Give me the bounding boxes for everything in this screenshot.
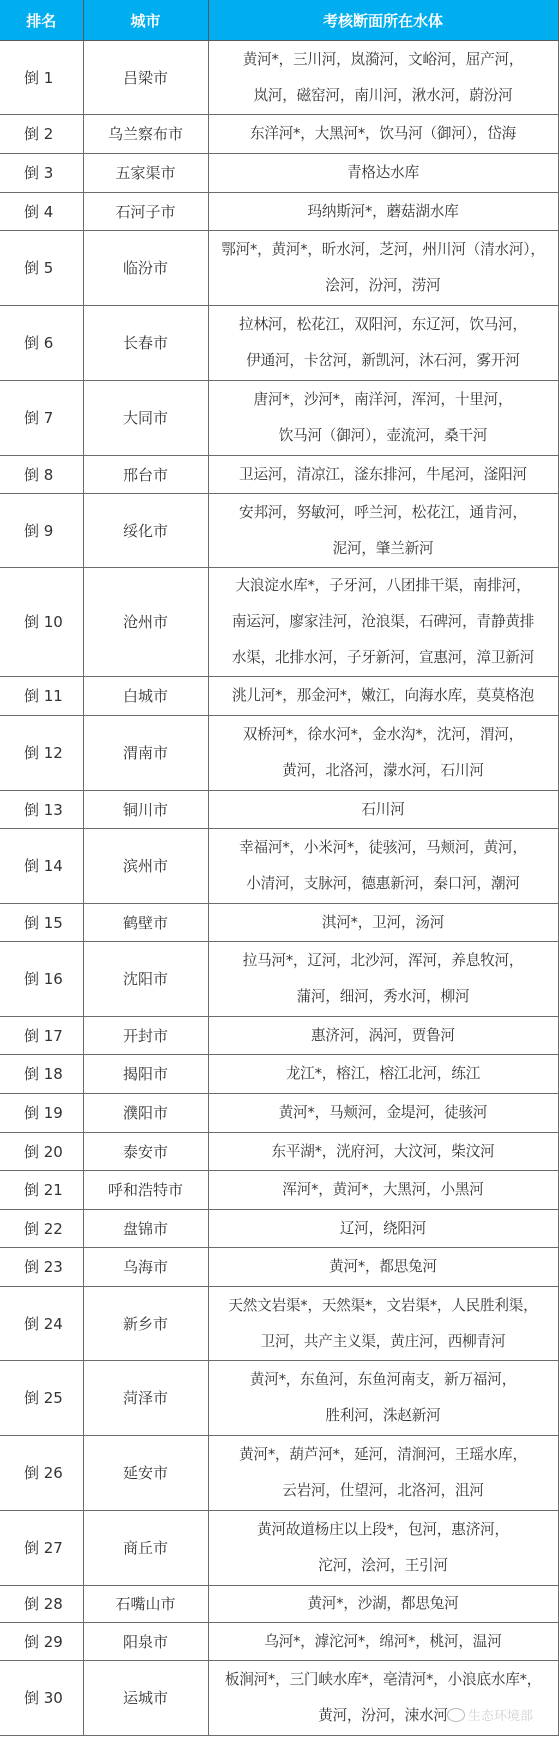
water-body-line: 辽河，绕阳河 xyxy=(212,1211,555,1247)
water-body-line: 惠济河，涡河，贾鲁河 xyxy=(212,1018,555,1054)
water-body-cell: 玛纳斯河*，蘑菇湖水库 xyxy=(208,193,558,231)
table-row: 倒 19濮阳市黄河*，马颊河，金堤河，徒骇河 xyxy=(0,1094,558,1133)
rank-cell: 倒 16 xyxy=(0,942,83,1017)
water-body-cell: 青格达水库 xyxy=(208,154,558,193)
water-body-cell: 东洋河*，大黑河*，饮马河（御河），岱海 xyxy=(208,115,558,154)
table-row: 倒 5临汾市鄂河*，黄河*，昕水河，芝河，州川河（清水河），浍河，汾河，涝河 xyxy=(0,231,558,306)
water-body-line: 卫运河，清凉江，滏东排河，牛尾河，滏阳河 xyxy=(212,457,555,493)
watermark: 生态环境部 xyxy=(447,1705,533,1724)
water-body-cell: 黄河*，东鱼河，东鱼河南支，新万福河，胜利河，洙赵新河 xyxy=(208,1361,558,1436)
water-body-cell: 大浪淀水库*，子牙河，八团排干渠，南排河，南运河，廖家洼河，沧浪渠，石碑河，青静… xyxy=(208,568,558,677)
table-row: 倒 15鹤壁市淇河*，卫河，汤河 xyxy=(0,904,558,942)
city-cell: 鹤壁市 xyxy=(83,904,208,942)
water-body-line: 水渠，北排水河，子牙新河，宣惠河，漳卫新河 xyxy=(212,640,555,676)
water-body-cell: 惠济河，涡河，贾鲁河 xyxy=(208,1017,558,1055)
water-body-line: 洮儿河*，那金河*，嫩江，向海水库，莫莫格泡 xyxy=(212,678,555,714)
table-row: 倒 7大同市唐河*，沙河*，南洋河，浑河，十里河，饮马河（御河），壶流河，桑干河 xyxy=(0,381,558,456)
table-row: 倒 9绥化市安邦河，努敏河，呼兰河，松花江，通肯河，泥河，肇兰新河 xyxy=(0,494,558,568)
water-body-line: 岚河，磁窑河，南川河，湫水河，蔚汾河 xyxy=(212,78,555,114)
water-body-line: 黄河*，沙湖，都思兔河 xyxy=(212,1586,555,1622)
water-body-cell: 东平湖*，洸府河，大汶河，柴汶河 xyxy=(208,1133,558,1171)
rank-cell: 倒 6 xyxy=(0,306,83,381)
table-row: 倒 26延安市黄河*，葫芦河*，延河，清涧河，王瑶水库，云岩河，仕望河，北洛河，… xyxy=(0,1436,558,1511)
table-row: 倒 28石嘴山市黄河*，沙湖，都思兔河 xyxy=(0,1586,558,1623)
rank-cell: 倒 25 xyxy=(0,1361,83,1436)
rank-cell: 倒 30 xyxy=(0,1661,83,1736)
table-row: 倒 16沈阳市拉马河*，辽河，北沙河，浑河，养息牧河，蒲河，细河，秀水河，柳河 xyxy=(0,942,558,1017)
water-body-cell: 天然文岩渠*，天然渠*，文岩渠*，人民胜利渠，卫河，共产主义渠，黄庄河，西柳青河 xyxy=(208,1287,558,1361)
table-row: 倒 18揭阳市龙江*，榕江，榕江北河，练江 xyxy=(0,1055,558,1094)
water-body-line: 卫河，共产主义渠，黄庄河，西柳青河 xyxy=(212,1324,555,1360)
water-body-cell: 淇河*，卫河，汤河 xyxy=(208,904,558,942)
table-row: 倒 24新乡市天然文岩渠*，天然渠*，文岩渠*，人民胜利渠，卫河，共产主义渠，黄… xyxy=(0,1287,558,1361)
header-rank: 排名 xyxy=(0,0,83,41)
rank-cell: 倒 3 xyxy=(0,154,83,193)
city-cell: 绥化市 xyxy=(83,494,208,568)
rank-cell: 倒 9 xyxy=(0,494,83,568)
water-body-cell: 龙江*，榕江，榕江北河，练江 xyxy=(208,1055,558,1094)
rank-cell: 倒 11 xyxy=(0,677,83,716)
city-cell: 濮阳市 xyxy=(83,1094,208,1133)
water-body-cell: 黄河故道杨庄以上段*，包河，惠济河，沱河，浍河，王引河 xyxy=(208,1511,558,1586)
water-body-cell: 板涧河*，三门峡水库*，亳清河*，小浪底水库*，黄河，汾河，涑水河 xyxy=(208,1661,558,1736)
table-body: 倒 1吕梁市黄河*，三川河，岚漪河，文峪河，屈产河，岚河，磁窑河，南川河，湫水河… xyxy=(0,41,558,1736)
water-body-line: 鄂河*，黄河*，昕水河，芝河，州川河（清水河）， xyxy=(212,232,555,268)
water-body-cell: 卫运河，清凉江，滏东排河，牛尾河，滏阳河 xyxy=(208,456,558,494)
water-body-line: 幸福河*，小米河*，徒骇河，马颊河，黄河， xyxy=(212,830,555,866)
table-row: 倒 1吕梁市黄河*，三川河，岚漪河，文峪河，屈产河，岚河，磁窑河，南川河，湫水河… xyxy=(0,41,558,115)
weibo-icon xyxy=(447,1708,465,1722)
watermark-text: 生态环境部 xyxy=(468,1705,533,1724)
city-cell: 石嘴山市 xyxy=(83,1586,208,1623)
water-body-line: 石川河 xyxy=(212,792,555,828)
water-body-line: 黄河故道杨庄以上段*，包河，惠济河， xyxy=(212,1512,555,1548)
city-cell: 白城市 xyxy=(83,677,208,716)
table-row: 倒 20泰安市东平湖*，洸府河，大汶河，柴汶河 xyxy=(0,1133,558,1171)
table-row: 倒 30运城市板涧河*，三门峡水库*，亳清河*，小浪底水库*，黄河，汾河，涑水河 xyxy=(0,1661,558,1736)
rank-cell: 倒 8 xyxy=(0,456,83,494)
water-body-line: 拉林河，松花江，双阳河，东辽河，饮马河， xyxy=(212,307,555,343)
city-cell: 渭南市 xyxy=(83,716,208,791)
city-cell: 沈阳市 xyxy=(83,942,208,1017)
water-body-line: 龙江*，榕江，榕江北河，练江 xyxy=(212,1056,555,1092)
water-body-line: 玛纳斯河*，蘑菇湖水库 xyxy=(212,194,555,230)
table-row: 倒 10沧州市大浪淀水库*，子牙河，八团排干渠，南排河，南运河，廖家洼河，沧浪渠… xyxy=(0,568,558,677)
water-body-line: 黄河，北洛河，濛水河，石川河 xyxy=(212,753,555,789)
table-row: 倒 2乌兰察布市东洋河*，大黑河*，饮马河（御河），岱海 xyxy=(0,115,558,154)
water-body-cell: 鄂河*，黄河*，昕水河，芝河，州川河（清水河），浍河，汾河，涝河 xyxy=(208,231,558,306)
table-row: 倒 27商丘市黄河故道杨庄以上段*，包河，惠济河，沱河，浍河，王引河 xyxy=(0,1511,558,1586)
water-body-cell: 洮儿河*，那金河*，嫩江，向海水库，莫莫格泡 xyxy=(208,677,558,716)
rank-cell: 倒 18 xyxy=(0,1055,83,1094)
water-body-line: 胜利河，洙赵新河 xyxy=(212,1398,555,1434)
water-body-line: 黄河*，三川河，岚漪河，文峪河，屈产河， xyxy=(212,42,555,78)
table-row: 倒 3五家渠市青格达水库 xyxy=(0,154,558,193)
water-body-line: 浑河*，黄河*，大黑河，小黑河 xyxy=(212,1172,555,1208)
water-body-line: 黄河*，马颊河，金堤河，徒骇河 xyxy=(212,1095,555,1131)
city-cell: 泰安市 xyxy=(83,1133,208,1171)
water-body-line: 小清河，支脉河，德惠新河，秦口河，潮河 xyxy=(212,866,555,902)
rank-cell: 倒 14 xyxy=(0,829,83,904)
table-row: 倒 14滨州市幸福河*，小米河*，徒骇河，马颊河，黄河，小清河，支脉河，德惠新河… xyxy=(0,829,558,904)
water-body-line: 东洋河*，大黑河*，饮马河（御河），岱海 xyxy=(212,116,555,152)
city-cell: 五家渠市 xyxy=(83,154,208,193)
city-cell: 开封市 xyxy=(83,1017,208,1055)
table-row: 倒 8邢台市卫运河，清凉江，滏东排河，牛尾河，滏阳河 xyxy=(0,456,558,494)
rank-cell: 倒 7 xyxy=(0,381,83,456)
rank-cell: 倒 1 xyxy=(0,41,83,115)
ranking-table: 排名 城市 考核断面所在水体 倒 1吕梁市黄河*，三川河，岚漪河，文峪河，屈产河… xyxy=(0,0,559,1736)
city-cell: 乌海市 xyxy=(83,1248,208,1287)
water-body-cell: 幸福河*，小米河*，徒骇河，马颊河，黄河，小清河，支脉河，德惠新河，秦口河，潮河 xyxy=(208,829,558,904)
water-body-line: 沱河，浍河，王引河 xyxy=(212,1548,555,1584)
rank-cell: 倒 20 xyxy=(0,1133,83,1171)
rank-cell: 倒 13 xyxy=(0,791,83,829)
water-body-line: 泥河，肇兰新河 xyxy=(212,531,555,567)
city-cell: 吕梁市 xyxy=(83,41,208,115)
water-body-cell: 黄河*，三川河，岚漪河，文峪河，屈产河，岚河，磁窑河，南川河，湫水河，蔚汾河 xyxy=(208,41,558,115)
city-cell: 沧州市 xyxy=(83,568,208,677)
water-body-line: 云岩河，仕望河，北洛河，沮河 xyxy=(212,1473,555,1509)
table-row: 倒 12渭南市双桥河*，徐水河*，金水沟*，沈河，渭河，黄河，北洛河，濛水河，石… xyxy=(0,716,558,791)
city-cell: 商丘市 xyxy=(83,1511,208,1586)
water-body-cell: 黄河*，都思兔河 xyxy=(208,1248,558,1287)
header-city: 城市 xyxy=(83,0,208,41)
table-row: 倒 4石河子市玛纳斯河*，蘑菇湖水库 xyxy=(0,193,558,231)
city-cell: 长春市 xyxy=(83,306,208,381)
rank-cell: 倒 23 xyxy=(0,1248,83,1287)
city-cell: 延安市 xyxy=(83,1436,208,1511)
city-cell: 菏泽市 xyxy=(83,1361,208,1436)
rank-cell: 倒 5 xyxy=(0,231,83,306)
water-body-line: 青格达水库 xyxy=(212,155,555,191)
rank-cell: 倒 2 xyxy=(0,115,83,154)
water-body-cell: 拉马河*，辽河，北沙河，浑河，养息牧河，蒲河，细河，秀水河，柳河 xyxy=(208,942,558,1017)
city-cell: 邢台市 xyxy=(83,456,208,494)
water-body-cell: 黄河*，葫芦河*，延河，清涧河，王瑶水库，云岩河，仕望河，北洛河，沮河 xyxy=(208,1436,558,1511)
water-body-line: 黄河*，都思兔河 xyxy=(212,1249,555,1285)
rank-cell: 倒 26 xyxy=(0,1436,83,1511)
table-row: 倒 11白城市洮儿河*，那金河*，嫩江，向海水库，莫莫格泡 xyxy=(0,677,558,716)
table-header-row: 排名 城市 考核断面所在水体 xyxy=(0,0,558,41)
city-cell: 滨州市 xyxy=(83,829,208,904)
rank-cell: 倒 27 xyxy=(0,1511,83,1586)
rank-cell: 倒 22 xyxy=(0,1210,83,1248)
water-body-line: 黄河*，葫芦河*，延河，清涧河，王瑶水库， xyxy=(212,1437,555,1473)
city-cell: 新乡市 xyxy=(83,1287,208,1361)
water-body-line: 蒲河，细河，秀水河，柳河 xyxy=(212,979,555,1015)
rank-cell: 倒 15 xyxy=(0,904,83,942)
water-body-cell: 黄河*，马颊河，金堤河，徒骇河 xyxy=(208,1094,558,1133)
water-body-line: 淇河*，卫河，汤河 xyxy=(212,905,555,941)
table-row: 倒 22盘锦市辽河，绕阳河 xyxy=(0,1210,558,1248)
water-body-line: 拉马河*，辽河，北沙河，浑河，养息牧河， xyxy=(212,943,555,979)
city-cell: 石河子市 xyxy=(83,193,208,231)
header-water-body: 考核断面所在水体 xyxy=(208,0,558,41)
city-cell: 阳泉市 xyxy=(83,1623,208,1661)
water-body-line: 板涧河*，三门峡水库*，亳清河*，小浪底水库*， xyxy=(212,1662,555,1698)
water-body-cell: 唐河*，沙河*，南洋河，浑河，十里河，饮马河（御河），壶流河，桑干河 xyxy=(208,381,558,456)
rank-cell: 倒 12 xyxy=(0,716,83,791)
city-cell: 临汾市 xyxy=(83,231,208,306)
water-body-line: 南运河，廖家洼河，沧浪渠，石碑河，青静黄排 xyxy=(212,604,555,640)
water-body-cell: 浑河*，黄河*，大黑河，小黑河 xyxy=(208,1171,558,1210)
city-cell: 揭阳市 xyxy=(83,1055,208,1094)
water-body-cell: 双桥河*，徐水河*，金水沟*，沈河，渭河，黄河，北洛河，濛水河，石川河 xyxy=(208,716,558,791)
water-body-line: 大浪淀水库*，子牙河，八团排干渠，南排河， xyxy=(212,568,555,604)
water-body-cell: 黄河*，沙湖，都思兔河 xyxy=(208,1586,558,1623)
city-cell: 呼和浩特市 xyxy=(83,1171,208,1210)
water-body-cell: 石川河 xyxy=(208,791,558,829)
table-row: 倒 25菏泽市黄河*，东鱼河，东鱼河南支，新万福河，胜利河，洙赵新河 xyxy=(0,1361,558,1436)
city-cell: 乌兰察布市 xyxy=(83,115,208,154)
water-body-line: 浍河，汾河，涝河 xyxy=(212,268,555,304)
water-body-line: 乌河*，滹沱河*，绵河*，桃河，温河 xyxy=(212,1624,555,1660)
water-body-line: 饮马河（御河），壶流河，桑干河 xyxy=(212,418,555,454)
rank-cell: 倒 28 xyxy=(0,1586,83,1623)
table-row: 倒 23乌海市黄河*，都思兔河 xyxy=(0,1248,558,1287)
water-body-cell: 拉林河，松花江，双阳河，东辽河，饮马河，伊通河，卡岔河，新凯河，沐石河，雾开河 xyxy=(208,306,558,381)
table-row: 倒 6长春市拉林河，松花江，双阳河，东辽河，饮马河，伊通河，卡岔河，新凯河，沐石… xyxy=(0,306,558,381)
water-body-line: 东平湖*，洸府河，大汶河，柴汶河 xyxy=(212,1134,555,1170)
table-row: 倒 21呼和浩特市浑河*，黄河*，大黑河，小黑河 xyxy=(0,1171,558,1210)
water-body-line: 伊通河，卡岔河，新凯河，沐石河，雾开河 xyxy=(212,343,555,379)
water-body-line: 唐河*，沙河*，南洋河，浑河，十里河， xyxy=(212,382,555,418)
rank-cell: 倒 29 xyxy=(0,1623,83,1661)
water-body-line: 双桥河*，徐水河*，金水沟*，沈河，渭河， xyxy=(212,717,555,753)
water-body-cell: 乌河*，滹沱河*，绵河*，桃河，温河 xyxy=(208,1623,558,1661)
rank-cell: 倒 24 xyxy=(0,1287,83,1361)
water-body-cell: 安邦河，努敏河，呼兰河，松花江，通肯河，泥河，肇兰新河 xyxy=(208,494,558,568)
water-body-line: 黄河*，东鱼河，东鱼河南支，新万福河， xyxy=(212,1362,555,1398)
rank-cell: 倒 4 xyxy=(0,193,83,231)
city-cell: 铜川市 xyxy=(83,791,208,829)
table-row: 倒 13铜川市石川河 xyxy=(0,791,558,829)
rank-cell: 倒 21 xyxy=(0,1171,83,1210)
city-cell: 盘锦市 xyxy=(83,1210,208,1248)
water-body-line: 天然文岩渠*，天然渠*，文岩渠*，人民胜利渠， xyxy=(212,1288,555,1324)
table-row: 倒 29阳泉市乌河*，滹沱河*，绵河*，桃河，温河 xyxy=(0,1623,558,1661)
city-cell: 大同市 xyxy=(83,381,208,456)
city-cell: 运城市 xyxy=(83,1661,208,1736)
water-body-line: 安邦河，努敏河，呼兰河，松花江，通肯河， xyxy=(212,495,555,531)
rank-cell: 倒 19 xyxy=(0,1094,83,1133)
rank-cell: 倒 10 xyxy=(0,568,83,677)
rank-cell: 倒 17 xyxy=(0,1017,83,1055)
table-row: 倒 17开封市惠济河，涡河，贾鲁河 xyxy=(0,1017,558,1055)
water-body-cell: 辽河，绕阳河 xyxy=(208,1210,558,1248)
